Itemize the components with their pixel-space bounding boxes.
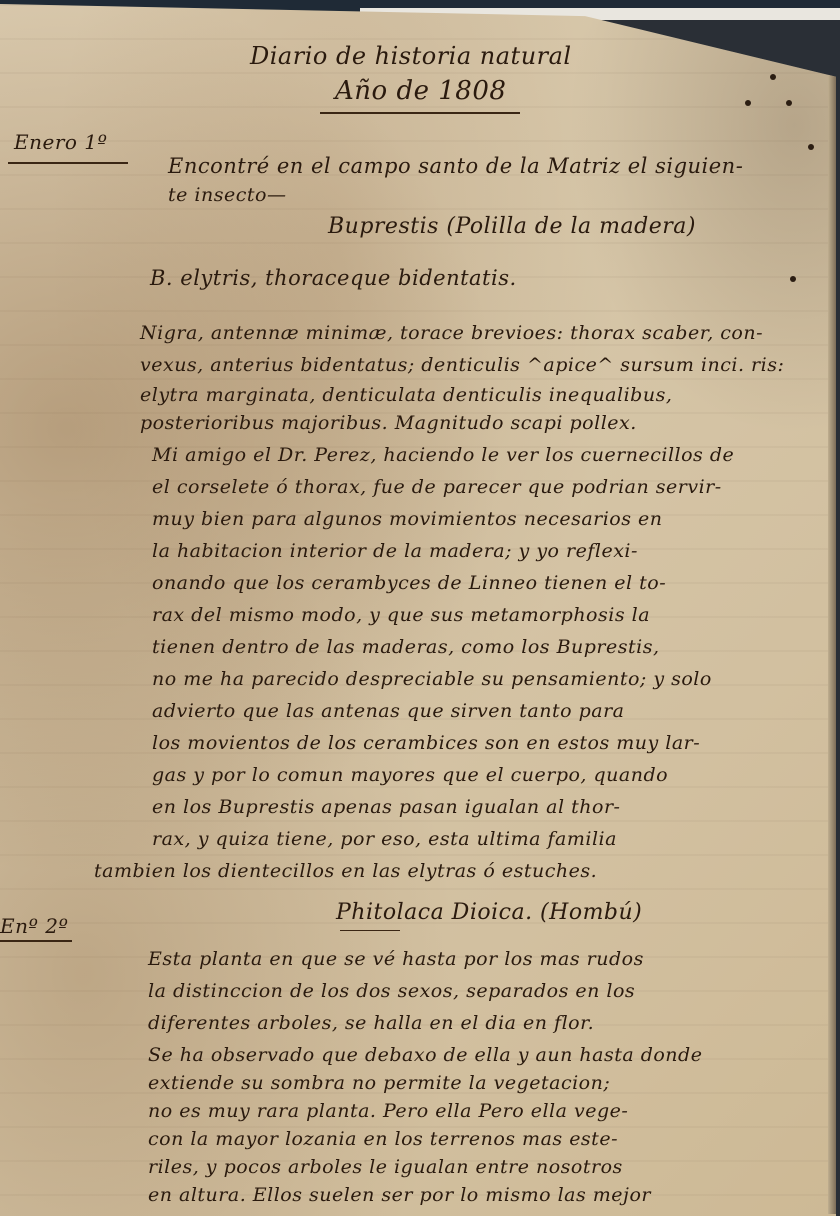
entry2-body-line: Esta planta en que se vé hasta por los m… — [148, 948, 644, 970]
entry2-body-line: en altura. Ellos suelen ser por lo mismo… — [148, 1184, 651, 1206]
entry1-body-line: muy bien para algunos movimientos necesa… — [152, 508, 663, 530]
entry2-species-heading: Phitolaca Dioica. (Hombú) — [336, 900, 642, 925]
page-right-edge — [828, 64, 836, 1214]
entry1-description-line: vexus, anterius bidentatus; denticulis ^… — [140, 354, 784, 376]
margin-note-underline — [0, 940, 72, 942]
entry1-body-line: en los Buprestis apenas pasan igualan al… — [152, 796, 620, 818]
entry1-body-line: no me ha parecido despreciable su pensam… — [152, 668, 712, 690]
entry2-body-line: Se ha observado que debaxo de ella y aun… — [148, 1044, 702, 1066]
subtitle-underline — [320, 112, 520, 114]
entry1-body-line: la habitacion interior de la madera; y y… — [152, 540, 638, 562]
entry1-body-line: los movientos de los cerambices son en e… — [152, 732, 700, 754]
entry2-body-line: diferentes arboles, se halla en el dia e… — [148, 1012, 594, 1034]
wormhole-mark — [790, 276, 796, 282]
entry2-body-line: no es muy rara planta. Pero ella Pero el… — [148, 1100, 628, 1122]
entry1-body-line: tambien los dientecillos en las elytras … — [94, 860, 597, 882]
margin-note-underline — [8, 162, 128, 164]
entry1-description-line: Nigra, antennæ minimæ, torace brevioes: … — [140, 322, 763, 344]
wormhole-mark — [808, 144, 814, 150]
document-subtitle: Año de 1808 — [335, 76, 506, 106]
wormhole-mark — [732, 34, 738, 40]
entry1-intro-line1: Encontré en el campo santo de la Matriz … — [168, 154, 743, 178]
entry2-body-line: con la mayor lozania en los terrenos mas… — [148, 1128, 618, 1150]
entry1-body-line: gas y por lo comun mayores que el cuerpo… — [152, 764, 668, 786]
entry1-species-heading: Buprestis (Polilla de la madera) — [328, 214, 696, 239]
entry1-body-line: rax del mismo modo, y que sus metamorpho… — [152, 604, 650, 626]
entry2-body-line: extiende su sombra no permite la vegetac… — [148, 1072, 610, 1094]
wormhole-mark — [786, 100, 792, 106]
entry1-body-line: el corselete ó thorax, fue de parecer qu… — [152, 476, 722, 498]
entry1-body-line: tienen dentro de las maderas, como los B… — [152, 636, 660, 658]
document-title: Diario de historia natural — [250, 42, 572, 70]
heading-underline — [340, 930, 400, 931]
entry1-intro-line2: te insecto— — [168, 184, 286, 206]
entry1-body-line: rax, y quiza tiene, por eso, esta ultima… — [152, 828, 617, 850]
wormhole-mark — [745, 100, 751, 106]
manuscript-page: Diario de historia natural Año de 1808 E… — [0, 4, 836, 1216]
entry1-body-line: onando que los cerambyces de Linneo tien… — [152, 572, 666, 594]
entry2-body-line: la distinccion de los dos sexos, separad… — [148, 980, 635, 1002]
entry1-body-line: Mi amigo el Dr. Perez, haciendo le ver l… — [152, 444, 734, 466]
margin-note-date-1: Enero 1º — [14, 130, 107, 154]
margin-note-date-2: Enº 2º — [0, 914, 68, 938]
entry1-diagnosis: B. elytris, thoraceque bidentatis. — [150, 266, 517, 290]
entry1-description-line: posterioribus majoribus. Magnitudo scapi… — [140, 412, 637, 434]
entry1-description-line: elytra marginata, denticulata denticulis… — [140, 384, 672, 406]
entry1-body-line: advierto que las antenas que sirven tant… — [152, 700, 624, 722]
wormhole-mark — [770, 74, 776, 80]
entry2-body-line: riles, y pocos arboles le igualan entre … — [148, 1156, 623, 1178]
